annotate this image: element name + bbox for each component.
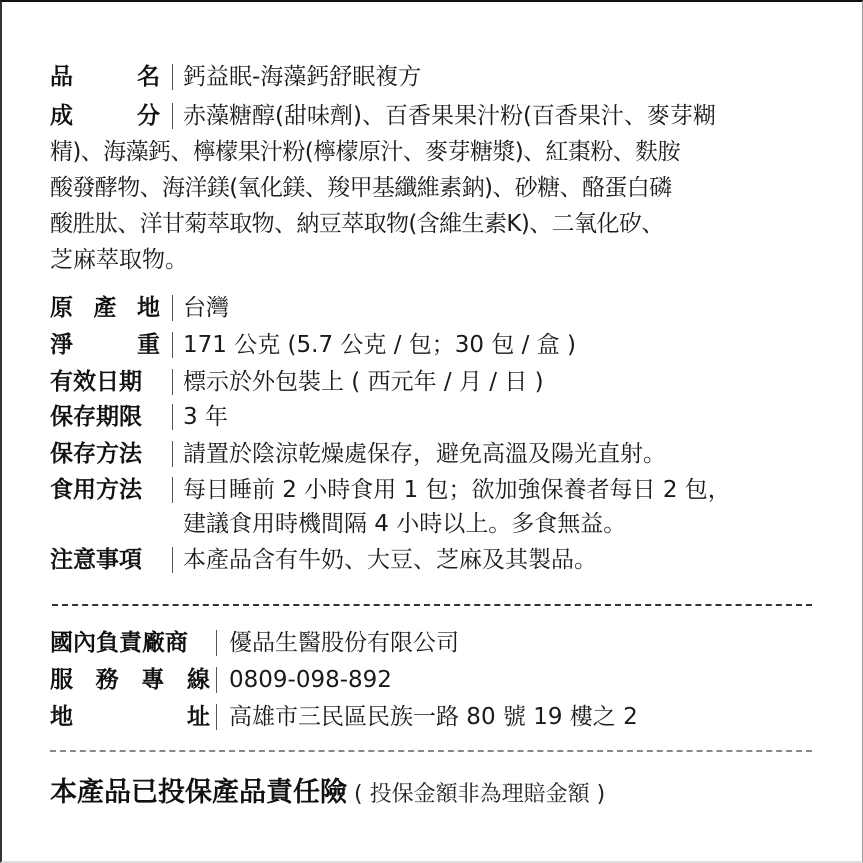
usage-label: 食用方法 xyxy=(50,474,160,506)
storage-value: 請置於陰涼乾燥處保存，避免高溫及陽光直射。 xyxy=(183,438,666,470)
label-char: 專 xyxy=(141,664,164,696)
separator xyxy=(216,667,217,693)
label-text: 保存期限 xyxy=(50,401,142,433)
separator xyxy=(172,64,173,90)
shelf-life-label: 保存期限 xyxy=(50,401,160,433)
expiry-row: 有效日期 標示於外包裝上 ( 西元年 / 月 / 日 ) xyxy=(50,366,544,398)
net-weight-value: 171 公克 (5.7 公克 / 包；30 包 / 盒 ) xyxy=(183,329,576,361)
dashed-divider xyxy=(50,750,812,752)
label-char: 名 xyxy=(137,61,160,93)
label-char: 重 xyxy=(137,329,160,361)
ingredients-line: 酸發酵物、海洋鎂(氧化鎂、羧甲基纖維素鈉)、砂糖、酪蛋白磷 xyxy=(50,170,822,206)
hotline-label: 服 務 專 線 xyxy=(50,664,210,696)
label-char: 淨 xyxy=(50,329,73,361)
address-row: 地 址 高雄市三民區民族一路 80 號 19 樓之 2 xyxy=(50,701,638,733)
usage-value: 每日睡前 2 小時食用 1 包；欲加強保養者每日 2 包， 建議食用時機間隔 4… xyxy=(183,474,731,540)
insurance-note: ( 投保金額非為理賠金額 ) xyxy=(347,782,605,807)
separator xyxy=(216,704,217,730)
address-label: 地 址 xyxy=(50,701,210,733)
notes-label: 注意事項 xyxy=(50,544,160,576)
expiry-value: 標示於外包裝上 ( 西元年 / 月 / 日 ) xyxy=(183,366,544,398)
label-char: 務 xyxy=(96,664,119,696)
origin-row: 原 產 地 台灣 xyxy=(50,292,229,324)
label-text: 注意事項 xyxy=(50,544,142,576)
ingredients-line: 酸胜肽、洋甘菊萃取物、納豆萃取物(含維生素K)、二氧化矽、 xyxy=(50,206,822,242)
ingredients-line: 精)、海藻鈣、檸檬果汁粉(檸檬原汁、麥芽糖漿)、紅棗粉、麩胺 xyxy=(50,134,822,170)
usage-line: 建議食用時機間隔 4 小時以上。多食無益。 xyxy=(183,508,731,540)
label-char: 地 xyxy=(50,701,73,733)
ingredients-line: 芝麻萃取物。 xyxy=(50,242,822,278)
origin-label: 原 產 地 xyxy=(50,292,160,324)
ingredients-block: 成 分 赤藻糖醇(甜味劑)、百香果果汁粉(百香果汁、麥芽糊 精)、海藻鈣、檸檬果… xyxy=(50,98,822,278)
notes-value: 本產品含有牛奶、大豆、芝麻及其製品。 xyxy=(183,544,597,576)
ingredients-label: 成 分 xyxy=(50,98,160,134)
label-char: 址 xyxy=(187,701,210,733)
label-char: 服 xyxy=(50,664,73,696)
separator xyxy=(172,477,173,503)
shelf-life-row: 保存期限 3 年 xyxy=(50,401,228,433)
company-value: 優品生醫股份有限公司 xyxy=(229,627,459,659)
label-char: 線 xyxy=(187,664,210,696)
separator xyxy=(172,295,173,321)
company-row: 國內負責廠商 優品生醫股份有限公司 xyxy=(50,627,459,659)
label-text: 國內負責廠商 xyxy=(50,627,188,659)
product-name-label: 品 名 xyxy=(50,61,160,93)
storage-label: 保存方法 xyxy=(50,438,160,470)
label-panel: 品 名 鈣益眠-海藻鈣舒眠複方 成 分 赤藻糖醇(甜味劑)、百香果果汁粉(百香果… xyxy=(0,0,863,863)
net-weight-label: 淨 重 xyxy=(50,329,160,361)
insurance-statement: 本產品已投保產品責任險 ( 投保金額非為理賠金額 ) xyxy=(50,770,605,809)
product-name-row: 品 名 鈣益眠-海藻鈣舒眠複方 xyxy=(50,61,421,93)
label-text: 有效日期 xyxy=(50,366,142,398)
hotline-value[interactable]: 0809-098-892 xyxy=(229,664,392,696)
label-text: 食用方法 xyxy=(50,474,142,506)
separator xyxy=(172,369,173,395)
label-char: 原 xyxy=(50,292,73,324)
company-label: 國內負責廠商 xyxy=(50,627,210,659)
separator xyxy=(172,547,173,573)
origin-value: 台灣 xyxy=(183,292,229,324)
separator xyxy=(172,332,173,358)
separator xyxy=(172,441,173,467)
separator xyxy=(216,630,217,656)
label-char: 地 xyxy=(137,292,160,324)
product-name-value: 鈣益眠-海藻鈣舒眠複方 xyxy=(183,61,421,93)
usage-line: 每日睡前 2 小時食用 1 包；欲加強保養者每日 2 包， xyxy=(183,474,731,506)
label-char: 品 xyxy=(50,61,73,93)
ingredients-line: 赤藻糖醇(甜味劑)、百香果果汁粉(百香果汁、麥芽糊 xyxy=(183,98,716,134)
label-text: 保存方法 xyxy=(50,438,142,470)
dashed-divider xyxy=(52,604,812,606)
label-char: 成 xyxy=(50,98,73,134)
shelf-life-value: 3 年 xyxy=(183,401,228,433)
net-weight-row: 淨 重 171 公克 (5.7 公克 / 包；30 包 / 盒 ) xyxy=(50,329,576,361)
separator xyxy=(172,404,173,430)
expiry-label: 有效日期 xyxy=(50,366,160,398)
label-char: 產 xyxy=(94,292,117,324)
separator xyxy=(172,103,173,129)
address-value: 高雄市三民區民族一路 80 號 19 樓之 2 xyxy=(229,701,638,733)
storage-row: 保存方法 請置於陰涼乾燥處保存，避免高溫及陽光直射。 xyxy=(50,438,666,470)
usage-row: 食用方法 每日睡前 2 小時食用 1 包；欲加強保養者每日 2 包， 建議食用時… xyxy=(50,474,731,540)
label-char: 分 xyxy=(137,98,160,134)
notes-row: 注意事項 本產品含有牛奶、大豆、芝麻及其製品。 xyxy=(50,544,597,576)
insurance-main: 本產品已投保產品責任險 xyxy=(50,777,347,808)
hotline-row: 服 務 專 線 0809-098-892 xyxy=(50,664,392,696)
